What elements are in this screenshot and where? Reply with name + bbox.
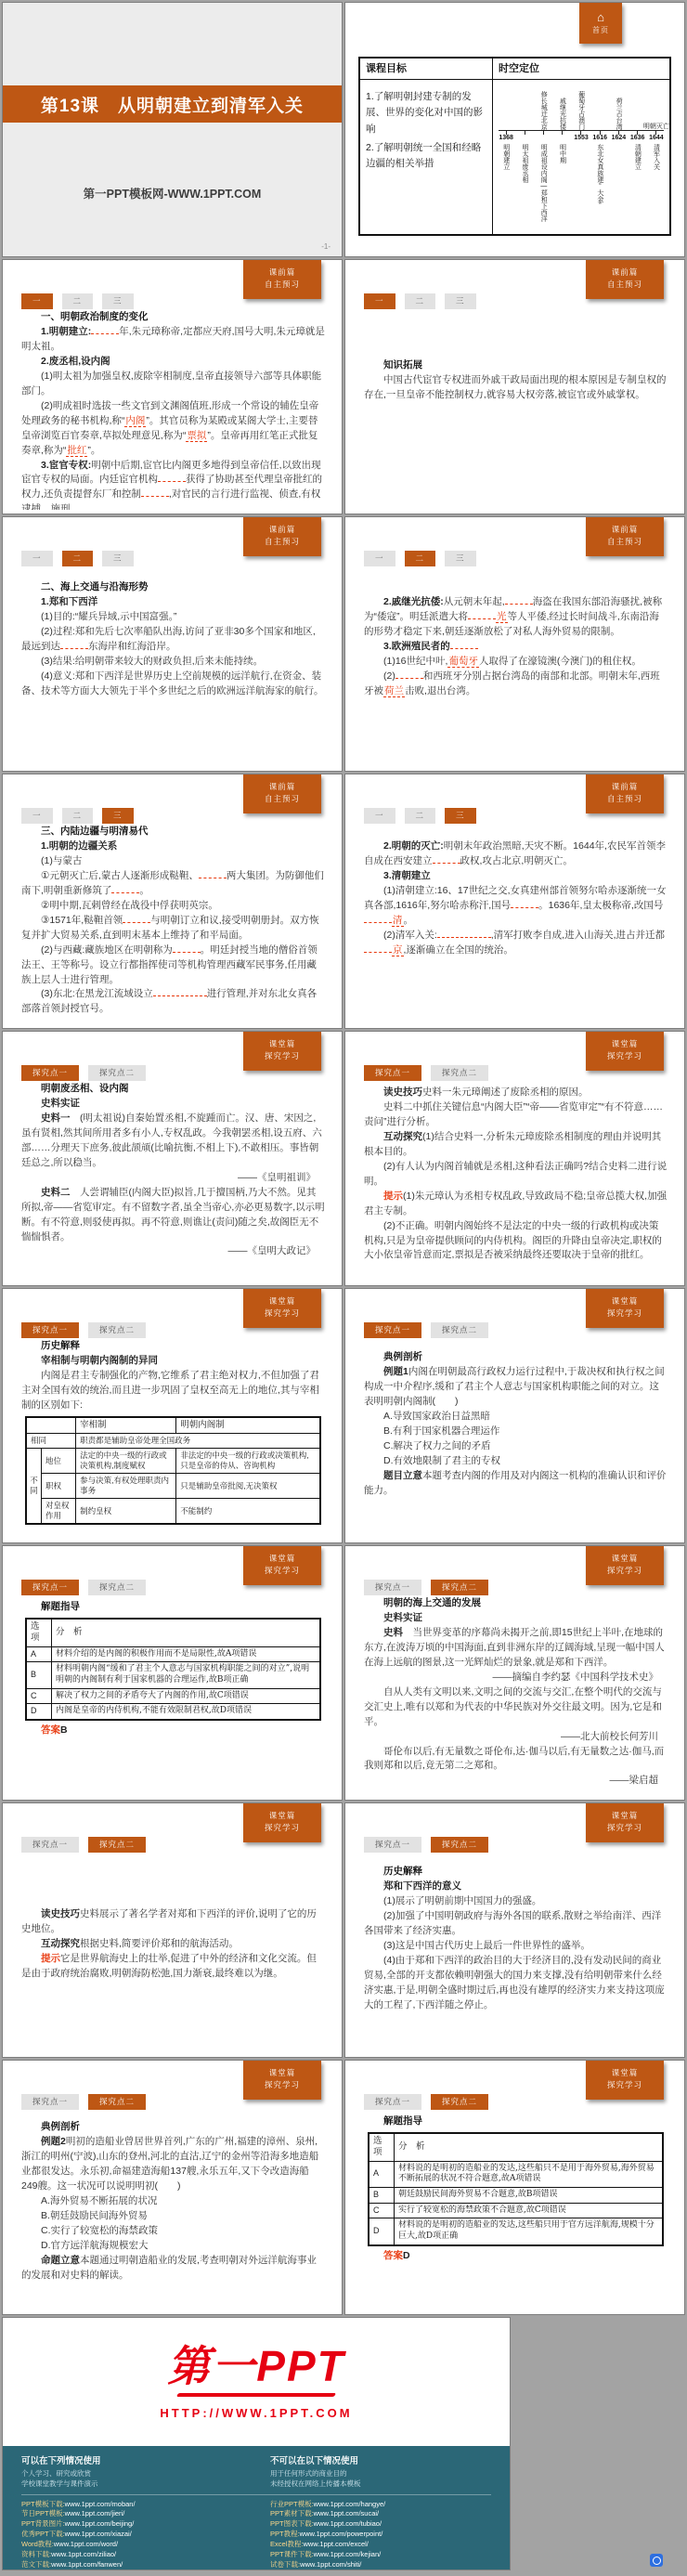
timeline-label-text: 明太祖废丞相 [522, 144, 528, 234]
text-run: (2)有人认为内阁首辅就是丞相,这种看法正确吗?结合史料二进行说明。 [364, 1161, 667, 1187]
timeline-item: 明太祖废丞相 [515, 82, 534, 234]
text-run: ③1571年,鞑靼首领 [41, 915, 123, 926]
tab-1[interactable]: 探究点一 [364, 1837, 421, 1853]
tab-2[interactable]: 二 [62, 293, 94, 309]
tab-2[interactable]: 探究点二 [88, 1065, 146, 1081]
fill-in-blank [468, 610, 496, 619]
table-cell: B [26, 1662, 52, 1688]
spacer [364, 310, 668, 358]
spacer [364, 567, 668, 595]
spacer [21, 1854, 325, 1907]
slide-content: 解题指导选项分 析A材料说的是明初的造船业的发达,这些船只不是用于海外贸易,海外… [364, 2111, 668, 2310]
site-link-label: Excel教程: [270, 2540, 303, 2548]
text-run: 政权,攻占北京,明朝灭亡。 [460, 855, 573, 866]
text-run: (1)目的:“耀兵异域,示中国富强。” [41, 611, 176, 622]
section-tab: 课前篇自主预习 [586, 774, 664, 813]
tab-bar: 探究点一探究点二 [21, 1837, 146, 1853]
tab-3[interactable]: 三 [102, 551, 134, 566]
content-paragraph: (2)过程:郑和先后七次率船队出海,访问了亚非30多个国家和地区,最远到达东海岸… [21, 625, 325, 655]
logo-swoosh [176, 2393, 336, 2397]
site-link-url: www.1ppt.com/xiazai/ [65, 2530, 132, 2538]
table-row: C解决了权力之间的矛盾夸大了内阁的作用,故C项错误 [26, 1688, 320, 1704]
section-tab-line: 课堂篇 [243, 2067, 321, 2079]
slide-8: 课前篇自主预习一二三2.明朝的灭亡:明朝末年政治黑暗,天灾不断。1644年,农民… [344, 774, 685, 1029]
section-tab-line: 自主预习 [243, 536, 321, 548]
text-run: (2)清军入关: [383, 930, 437, 941]
text-run: 哥伦布以后,有无量数之哥伦布,达·伽马以后,有无量数之达·伽马,而我则郑和以后,… [364, 1746, 664, 1772]
text-run: 2.明朝的灭亡: [383, 840, 444, 852]
content-paragraph: (2)清军入关:,清军打败李自成,进入山海关,进占并迁都京,逐渐确立在全国的统治… [364, 929, 668, 958]
license-allowed: 可以在下列情况使用 个人学习、研究或欣赏 学校课堂教学与课件演示 [21, 2453, 242, 2490]
content-paragraph: 2.明朝的灭亡:明朝末年政治黑暗,天灾不断。1644年,农民军首领李自成在西安建… [364, 839, 668, 869]
text-run: (2) [383, 670, 395, 682]
section-tab-line: 自主预习 [586, 536, 664, 548]
slide-13: 课堂篇探究学习探究点一探究点二解题指导选项分 析A材料介绍的是内阁的积极作用而不… [2, 1545, 343, 1801]
section-tab-line: 课堂篇 [243, 1553, 321, 1565]
tab-3[interactable]: 三 [102, 808, 134, 824]
text-run: 史料一朱元璋阐述了废除丞相的原因。 [422, 1086, 589, 1098]
spacer [364, 825, 668, 839]
house-icon: ⌂ [597, 11, 604, 23]
timeline-label-text: 东北女真族建“大金” [597, 144, 603, 234]
footer-logo-area: 第一PPT HTTP://WWW.1PPT.COM [3, 2318, 510, 2446]
section-tab: 课堂篇探究学习 [586, 1032, 664, 1071]
table-row: D内阁是皇帝的内侍机构,不能有效限制君权,故D项错误 [26, 1704, 320, 1720]
table-cell: 分 析 [52, 1619, 321, 1646]
content-heading: 历史解释 [364, 1865, 668, 1880]
tab-2[interactable]: 探究点二 [88, 1322, 146, 1338]
site-link[interactable]: PPT图表下载:www.1ppt.com/tubiao/ [270, 2519, 491, 2530]
data-table: 宰相制明朝内阁制相同职责都是辅助皇帝处理全国政务不同地位法定的中央一级的行政或决… [25, 1416, 321, 1526]
content-paragraph: 3.欧洲殖民者的 [364, 640, 668, 655]
table-row: 选项分 析 [26, 1619, 320, 1646]
text-run: 内阁在明朝最高行政权力运行过程中,于裁决权和执行权之间构成一中介程序,缓和了君主… [364, 1366, 665, 1407]
slide-content: 2.明朝的灭亡:明朝末年政治黑暗,天灾不断。1644年,农民军首领李自成在西安建… [364, 825, 668, 1024]
text-run: 票拟 [186, 430, 207, 442]
home-label: 首页 [592, 25, 609, 35]
first-ppt-logo: 第一PPT [167, 2345, 344, 2387]
license-row: 可以在下列情况使用 个人学习、研究或欣赏 学校课堂教学与课件演示 不可以在以下情… [21, 2453, 491, 2495]
section-tab-line: 探究学习 [243, 2079, 321, 2091]
table-row: B朝廷鼓励民间海外贸易不合题意,故B项错误 [369, 2188, 663, 2204]
section-tab-line: 探究学习 [586, 1822, 664, 1834]
text-run: 东海岸和红海沿岸。 [88, 641, 176, 652]
tab-1[interactable]: 一 [364, 551, 395, 566]
text-run: ”。 [87, 445, 100, 456]
tab-2[interactable]: 二 [405, 551, 436, 566]
section-tab-line: 探究学习 [586, 1565, 664, 1577]
site-link[interactable]: Word教程:www.1ppt.com/word/ [21, 2540, 242, 2550]
content-paragraph: D.官方远洋航海规模宏大 [21, 2239, 325, 2254]
fill-in-blank [505, 595, 533, 605]
ppt-template-preview: 第13课 从明朝建立到清军入关第一PPT模板网-WWW.1PPT.COM-1-⌂… [0, 0, 687, 2576]
table-cell: 明朝内阁制 [176, 1417, 320, 1434]
table-cell [26, 1417, 76, 1434]
text-run: (2)与西藏:藏族地区在明朝称为 [41, 944, 173, 956]
table-cell: C [26, 1688, 52, 1704]
text-run: (2)不正确。明朝内阁始终不是法定的中央一级的行政机构或决策机构,只是为皇帝提供… [364, 1220, 662, 1261]
content-paragraph: 读史技巧史料一朱元璋阐述了废除丞相的原因。 [364, 1086, 668, 1100]
text-run: 。 [404, 915, 414, 926]
timeline-label-text: 明朝建立 [502, 144, 509, 234]
home-button[interactable]: ⌂首页 [579, 3, 622, 44]
table-cell: 职权 [42, 1474, 76, 1499]
slide-content: 历史解释郑和下西洋的意义(1)展示了明朝前期中国国力的强盛。(2)加强了中国明朝… [364, 1854, 668, 2053]
site-link[interactable]: PPT背景图片:www.1ppt.com/beijing/ [21, 2519, 242, 2530]
timeline-label: 清军入关 [653, 144, 659, 234]
content-paragraph: 题目立意本题考查内阁的作用及对内阁这一机构的准确认识和评价能力。 [364, 1469, 668, 1499]
content-paragraph: (3)这是中国古代历史上最后一件世界性的盛举。 [364, 1939, 668, 1954]
site-link[interactable]: 优秀PPT下载:www.1ppt.com/xiazai/ [21, 2530, 242, 2540]
site-link-url: www.1ppt.com/fanwen/ [51, 2560, 123, 2569]
page-number: -1- [321, 242, 331, 251]
objectives-table: 课程目标1.了解明朝封建专制的发展、世界的变化对中国的影响2.了解明朝统一全国和… [358, 57, 671, 236]
text-run: 葡萄牙 [447, 656, 479, 668]
fill-in-blank [91, 325, 119, 334]
content-heading: 三、内陆边疆与明清易代 [21, 825, 325, 839]
slide-content: 读史技巧史料展示了著名学者对郑和下西洋的评价,说明了它的历史地位。互动探究根据史… [21, 1854, 325, 2053]
content-paragraph: ③1571年,鞑靼首领与明朝订立和议,接受明朝册封。双方恢复并扩大贸易关系,直到… [21, 914, 325, 943]
tab-2[interactable]: 探究点二 [431, 1580, 488, 1595]
tab-2[interactable]: 探究点二 [88, 1580, 146, 1595]
text-run: 3.欧洲殖民者的 [383, 641, 450, 652]
slide-content: 历史解释宰相制与明朝内阁制的异同内阁是君主专制强化的产物,它维系了君主绝对权力,… [21, 1339, 325, 1539]
text-run: 郑和下西洋的意义 [383, 1880, 461, 1892]
tab-bar: 一二三 [364, 293, 476, 309]
content-paragraph: 2.废丞相,设内阁 [21, 355, 325, 370]
text-run: (1)展示了明朝前期中国国力的强盛。 [383, 1895, 541, 1906]
text-run: 它是世界航海史上的壮举,促进了中外的经济和文化交流。但是由于政府统治腐败,明朝海… [21, 1953, 317, 1979]
section-tab-line: 课前篇 [243, 267, 321, 279]
site-link-url: www.1ppt.com/powerpoint/ [300, 2530, 383, 2538]
site-link-label: 行业PPT模板: [270, 2500, 314, 2508]
text-run: 从元朝末年起, [444, 596, 505, 607]
course-goal: 1.了解明朝封建专制的发展、世界的变化对中国的影响 [366, 89, 486, 137]
content-paragraph: 哥伦布以后,有无量数之哥伦布,达·伽马以后,有无量数之达·伽马,而我则郑和以后,… [364, 1745, 668, 1775]
text-run: 自从人类有文明以来,文明之间的交流与交汇,在整个明代的交流与交汇史上,唯有以郑和… [364, 1686, 662, 1727]
tab-3[interactable]: 三 [445, 551, 476, 566]
text-run: 答案 [383, 2250, 403, 2261]
tab-bar: 探究点一探究点二 [364, 1580, 488, 1595]
table-row: A材料介绍的是内阁的积极作用而不是局限性,故A项错误 [26, 1646, 320, 1662]
text-run: 互动探究 [383, 1131, 422, 1142]
slide-9: 课堂篇探究学习探究点一探究点二明朝废丞相、设内阁史料实证史料一 (明太祖说)自秦… [2, 1031, 343, 1286]
source-reference: ——《皇明大政记》 [21, 1244, 325, 1259]
text-run: 当世界变革的序幕尚未揭开之前,即15世纪上半叶,在地球的东方,在波涛万顷的中国海… [364, 1627, 665, 1668]
source-reference: ——《皇明祖训》 [21, 1171, 325, 1186]
tab-3[interactable]: 三 [445, 808, 476, 824]
section-tab: 课堂篇探究学习 [586, 1289, 664, 1328]
site-link[interactable]: 试卷下载:www.1ppt.com/shiti/ [270, 2560, 491, 2570]
slide-content: 读史技巧史料一朱元璋阐述了废除丞相的原因。史料二中抓住关键信息“内阁大臣”“帝—… [364, 1082, 668, 1281]
text-run: 史料二中抓住关键信息“内阁大臣”“帝——省览审定”“有不符意……责问”进行分析。 [364, 1101, 663, 1127]
site-link-label: Word教程: [21, 2540, 54, 2548]
site-link[interactable]: 范文下载:www.1ppt.com/fanwen/ [21, 2560, 242, 2570]
content-paragraph: 史料二中抓住关键信息“内阁大臣”“帝——省览审定”“有不符意……责问”进行分析。 [364, 1100, 668, 1130]
timeline-label: 清朝建立 [634, 144, 641, 234]
table-cell: 材料说的是明初的造船业的发达,这些船只不是用于海外贸易,海外贸易不断拓展的状况不… [395, 2161, 664, 2187]
text-run: D.有效地限制了君主的专权 [383, 1455, 500, 1466]
timeline-label-text: 明成祖设内阁—郑和下西洋 [540, 144, 547, 234]
content-paragraph: B.朝廷鼓励民间海外贸易 [21, 2209, 325, 2224]
slide-content: 典例剖析例题1内阁在明朝最高行政权力运行过程中,于裁决权和执行权之间构成一中介程… [364, 1339, 668, 1539]
site-link[interactable]: PPT教程:www.1ppt.com/powerpoint/ [270, 2530, 491, 2540]
text-run: 。1636年,皇太极称帝,改国号 [538, 900, 663, 911]
site-link-label: PPT图表下载: [270, 2519, 314, 2528]
tab-2[interactable]: 探究点二 [431, 2094, 488, 2110]
tab-3[interactable]: 三 [102, 293, 134, 309]
tab-1[interactable]: 探究点一 [21, 1065, 79, 1081]
license-forbidden-item: 用于任何形式的商业目的 [270, 2468, 491, 2478]
slide-12: 课堂篇探究学习探究点一探究点二典例剖析例题1内阁在明朝最高行政权力运行过程中,于… [344, 1288, 685, 1543]
table-cell: 制约皇权 [76, 1499, 176, 1525]
site-link-label: 范文下载: [21, 2560, 51, 2569]
timeline: 1368明朝建立明太祖废丞相修长城迁北京明成祖设内阁—郑和下西洋戚继光抗倭明中期… [493, 80, 669, 234]
badge-globe-icon [653, 2556, 661, 2565]
license-allowed-header: 可以在下列情况使用 [21, 2453, 242, 2466]
slide-content: 典例剖析例题2明初的造船业曾居世界首列,广东的广州,福建的漳州、泉州,浙江的明州… [21, 2111, 325, 2310]
tab-2[interactable]: 二 [405, 293, 436, 309]
text-run: 读史技巧 [41, 1908, 80, 1919]
slide-3: 课前篇自主预习一二三一、明朝政治制度的变化1.明朝建立:年,朱元璋称帝,定都应天… [2, 259, 343, 514]
site-link[interactable]: PPT模板下载:www.1ppt.com/moban/ [21, 2500, 242, 2510]
text-run: 京 [392, 944, 404, 956]
footer-info-area: 可以在下列情况使用 个人学习、研究或欣赏 学校课堂教学与课件演示 不可以在以下情… [3, 2446, 510, 2570]
content-paragraph: (4)意义:郑和下西洋是世界历史上空前规模的远洋航行,在资金、装备、技术等方面大… [21, 670, 325, 699]
site-link[interactable]: PPT课件下载:www.1ppt.com/kejian/ [270, 2550, 491, 2560]
content-paragraph: 答案B [21, 1724, 325, 1738]
site-link-url: www.1ppt.com/sucai/ [314, 2509, 379, 2517]
fill-in-blank [364, 914, 392, 923]
tab-2[interactable]: 探究点二 [431, 1065, 488, 1081]
site-link-url: www.1ppt.com/word/ [54, 2540, 118, 2548]
content-paragraph: (3)结果:给明朝带来较大的财政负担,后来未能持续。 [21, 655, 325, 670]
text-run: (3)东北:在黑龙江流域设立 [41, 988, 153, 999]
section-tab-line: 课堂篇 [243, 1038, 321, 1050]
spacer [21, 2111, 325, 2120]
site-link-label: 资料下载: [21, 2550, 51, 2558]
tab-bar: 探究点一探究点二 [21, 1580, 146, 1595]
license-forbidden-item: 未经授权在网络上传播本模板 [270, 2478, 491, 2489]
section-tab: 课堂篇探究学习 [586, 1546, 664, 1585]
text-run: 内阁 [124, 415, 146, 427]
section-tab-line: 探究学习 [586, 1050, 664, 1062]
text-run: 答案 [41, 1724, 60, 1736]
tab-1[interactable]: 探究点一 [21, 1322, 79, 1338]
timeline-item: 1616东北女真族建“大金” [590, 82, 609, 234]
content-paragraph: 宰相制与明朝内阁制的异同 [21, 1354, 325, 1369]
license-allowed-item: 学校课堂教学与课件演示 [21, 2478, 242, 2489]
site-link-label: PPT背景图片: [21, 2519, 65, 2528]
tab-2[interactable]: 探究点二 [88, 2094, 146, 2110]
content-paragraph: 例题1内阁在明朝最高行政权力运行过程中,于裁决权和执行权之间构成一中介程序,缓和… [364, 1365, 668, 1410]
table-cell: A [26, 1646, 52, 1662]
site-link-label: PPT课件下载: [270, 2550, 314, 2558]
section-tab-line: 探究学习 [586, 1308, 664, 1320]
text-run: 1.郑和下西洋 [41, 596, 97, 607]
text-run: 3.宦官专权: [41, 460, 91, 471]
timeline-event-label: 荷兰占台湾 [616, 98, 622, 130]
timeline-event-label: 明朝灭亡 [643, 124, 669, 130]
table-cell: 相同 [26, 1434, 76, 1449]
content-heading: 知识拓展 [364, 358, 668, 373]
site-link-label: 试卷下载: [270, 2560, 300, 2569]
site-link[interactable]: PPT素材下载:www.1ppt.com/sucai/ [270, 2509, 491, 2519]
slide-content: 三、内陆边疆与明清易代1.明朝的边疆关系(1)与蒙古①元朝灭亡后,蒙古人逐渐形成… [21, 825, 325, 1024]
tab-3[interactable]: 三 [445, 293, 476, 309]
tab-1[interactable]: 一 [364, 808, 395, 824]
site-link-url: www.1ppt.com/jieri/ [65, 2509, 125, 2517]
text-run: 根据史料,简要评价郑和的航海活动。 [80, 1938, 239, 1949]
content-paragraph: C.解决了权力之间的矛盾 [364, 1439, 668, 1454]
timeline-axis [499, 130, 664, 131]
table-cell: 宰相制 [76, 1417, 176, 1434]
text-run: 读史技巧 [383, 1086, 422, 1098]
section-tab: 课堂篇探究学习 [243, 2061, 321, 2100]
timeline-label: 明成祖设内阁—郑和下西洋 [540, 144, 547, 234]
tab-1[interactable]: 探究点一 [364, 2094, 421, 2110]
tab-1[interactable]: 探究点一 [21, 1580, 79, 1595]
tab-bar: 探究点一探究点二 [21, 1065, 146, 1081]
tab-1[interactable]: 探究点一 [21, 2094, 79, 2110]
spacer [364, 1339, 668, 1350]
text-run: (3)这是中国古代历史上最后一件世界性的盛举。 [383, 1940, 590, 1951]
table-cell: 内阁是皇帝的内侍机构,不能有效限制君权,故D项错误 [52, 1704, 321, 1720]
tab-1[interactable]: 探究点一 [364, 1580, 421, 1595]
tab-1[interactable]: 一 [21, 551, 53, 566]
site-link-label: PPT教程: [270, 2530, 300, 2538]
content-heading: 明朝的海上交通的发展 [364, 1596, 668, 1611]
section-tab-line: 探究学习 [243, 1308, 321, 1320]
slide-17: 课堂篇探究学习探究点一探究点二典例剖析例题2明初的造船业曾居世界首列,广东的广州… [2, 2060, 343, 2315]
tab-1[interactable]: 一 [21, 293, 53, 309]
table-cell: 实行了较宽松的海禁政策不合题意,故C项错误 [395, 2203, 664, 2218]
site-link[interactable]: Excel教程:www.1ppt.com/excel/ [270, 2540, 491, 2550]
content-paragraph: 史料一 (明太祖说)自秦始置丞相,不旋踵而亡。汉、唐、宋因之,虽有贤相,然其间所… [21, 1112, 325, 1171]
text-run: ,逐渐确立在全国的统治。 [404, 944, 513, 956]
text-run: 中国古代宦官专权进而外戚干政局面出现的根本原因是专制皇权的存在,一旦皇帝不能控制… [364, 374, 667, 400]
fill-in-blank [437, 929, 491, 938]
text-run: (4)由于郑和下西洋的政治目的大于经济目的,没有发动民间的商业贸易,全部的开支都… [364, 1955, 665, 2010]
tab-1[interactable]: 探究点一 [21, 1837, 79, 1853]
site-link-url: www.1ppt.com/excel/ [303, 2540, 368, 2548]
tab-2[interactable]: 二 [62, 808, 94, 824]
content-paragraph: 命题立意本题通过明朝造船业的发展,考查明朝对外远洋航海事业的发展和对史料的解读。 [21, 2254, 325, 2283]
timeline-label-text: 清军入关 [653, 144, 659, 234]
tab-2[interactable]: 探究点二 [88, 1837, 146, 1853]
content-paragraph: (2)有人认为内阁首辅就是丞相,这种看法正确吗?结合史料二进行说明。 [364, 1160, 668, 1190]
tab-bar: 一二三 [21, 293, 134, 309]
text-run: C.实行了较宽松的海禁政策 [41, 2225, 158, 2236]
tab-2[interactable]: 探究点二 [431, 1837, 488, 1853]
site-link-label: PPT模板下载: [21, 2500, 65, 2508]
content-paragraph: 中国古代宦官专权进而外戚干政局面出现的根本原因是专制皇权的存在,一旦皇帝不能控制… [364, 373, 668, 403]
site-link[interactable]: 行业PPT模板:www.1ppt.com/hangye/ [270, 2500, 491, 2510]
site-badge-icon [650, 2554, 663, 2567]
tab-bar: 一二三 [21, 551, 134, 566]
content-paragraph: 提示(1)朱元璋认为丞相专权乱政,导致政局不稳;皇帝总揽大权,加强君主专制。 [364, 1190, 668, 1219]
site-link[interactable]: 资料下载:www.1ppt.com/ziliao/ [21, 2550, 242, 2560]
tab-bar: 探究点一探究点二 [364, 1065, 488, 1081]
license-forbidden: 不可以在以下情况使用 用于任何形式的商业目的 未经授权在网络上传播本模板 [270, 2453, 491, 2490]
section-tab: 课堂篇探究学习 [586, 2061, 664, 2100]
course-goals-column: 课程目标1.了解明朝封建专制的发展、世界的变化对中国的影响2.了解明朝统一全国和… [360, 59, 493, 234]
tab-1[interactable]: 一 [364, 293, 395, 309]
section-tab-line: 课堂篇 [586, 2067, 664, 2079]
timeline-label-text: 清朝建立 [634, 144, 641, 234]
tab-1[interactable]: 探究点一 [364, 1065, 421, 1081]
section-tab-line: 课堂篇 [586, 1553, 664, 1565]
text-run: (1)与蒙古 [41, 855, 82, 866]
table-row: 相同职责都是辅助皇帝处理全国政务 [26, 1434, 320, 1449]
timeline-item: 葡萄牙占澳门1553 [572, 82, 590, 234]
text-run: 人取得了在濠镜澳(今澳门)的租住权。 [479, 656, 642, 667]
content-paragraph: (2)明成祖时选拔一些文官到文渊阁值班,形成一个常设的辅佐皇帝处理政务的秘书机构… [21, 399, 325, 459]
text-run: 。 [139, 885, 149, 896]
text-run: 3.清朝建立 [383, 870, 431, 881]
tab-1[interactable]: 探究点一 [364, 1322, 421, 1338]
data-table: 选项分 析A材料介绍的是内阁的积极作用而不是局限性,故A项错误B材料明朝内阁“缓… [25, 1618, 321, 1721]
text-run: 史料实证 [383, 1612, 422, 1623]
slide-content: 一、明朝政治制度的变化1.明朝建立:年,朱元璋称帝,定都应天府,国号大明,朱元璋… [21, 310, 325, 510]
fill-in-blank [158, 473, 186, 482]
slide-10: 课堂篇探究学习探究点一探究点二读史技巧史料一朱元璋阐述了废除丞相的原因。史料二中… [344, 1031, 685, 1286]
content-paragraph: ①元朝灭亡后,蒙古人逐渐形成鞑靼、两大集团。为防御他们南下,明朝重新修筑了。 [21, 869, 325, 899]
text-run: 内阁是君主专制强化的产物,它维系了君主绝对权力,不但加强了君主对全国有效的统治,… [21, 1370, 319, 1411]
tab-1[interactable]: 一 [21, 808, 53, 824]
content-paragraph: 1.明朝的边疆关系 [21, 839, 325, 854]
slide-content: 二、海上交通与沿海形势1.郑和下西洋(1)目的:“耀兵异域,示中国富强。”(2)… [21, 567, 325, 767]
text-run: ,清军打败李自成,进入山海关,进占并迁都 [491, 930, 665, 941]
content-paragraph: 答案D [364, 2249, 668, 2264]
content-heading: 解题指导 [364, 2114, 668, 2129]
tab-2[interactable]: 二 [62, 551, 94, 566]
section-tab-line: 课前篇 [586, 781, 664, 793]
site-link-label: 优秀PPT下载: [21, 2530, 65, 2538]
site-name: 第一PPT模板网-WWW.1PPT.COM [3, 185, 342, 202]
table-cell: 职责都是辅助皇帝处理全国政务 [76, 1434, 320, 1449]
text-run: 史料实证 [41, 1098, 80, 1109]
content-paragraph: (3)东北:在黑龙江流域设立进行管理,并对东北女真各部落首领封授官号。 [21, 987, 325, 1017]
section-tab-line: 课堂篇 [586, 1038, 664, 1050]
content-paragraph: (1)目的:“耀兵异域,示中国富强。” [21, 610, 325, 625]
tab-bar: 一二三 [21, 808, 134, 824]
table-row: B材料明朝内阁“缓和了君主个人意志与国家机构职能之间的对立”,说明明朝的内阁制有… [26, 1662, 320, 1688]
slide-7: 课前篇自主预习一二三三、内陆边疆与明清易代1.明朝的边疆关系(1)与蒙古①元朝灭… [2, 774, 343, 1029]
spacer [21, 567, 325, 580]
text-run: 光 [496, 611, 508, 623]
text-run: 提示 [41, 1953, 60, 1964]
timeline-year: 1636 [630, 135, 645, 144]
timeline-item: 荷兰占台湾1624 [609, 82, 628, 234]
section-tab: 课堂篇探究学习 [243, 1289, 321, 1328]
content-paragraph: 读史技巧史料展示了著名学者对郑和下西洋的评价,说明了它的历史地位。 [21, 1907, 325, 1937]
table-cell: 非法定的中央一级的行政或决策机构,只是皇帝的侍从、咨询机构 [176, 1449, 320, 1474]
section-tab-line: 自主预习 [243, 279, 321, 291]
text-run: 互动探究 [41, 1938, 80, 1949]
tab-2[interactable]: 探究点二 [431, 1322, 488, 1338]
site-link[interactable]: 节日PPT模板:www.1ppt.com/jieri/ [21, 2509, 242, 2519]
fill-in-blank [511, 899, 538, 908]
section-tab-line: 课堂篇 [243, 1295, 321, 1308]
content-paragraph: 内阁是君主专制强化的产物,它维系了君主绝对权力,不但加强了君主对全国有效的统治,… [21, 1369, 325, 1413]
text-run: 1.明朝的边疆关系 [41, 840, 117, 852]
section-tab-line: 自主预习 [586, 793, 664, 805]
site-url-link[interactable]: HTTP://WWW.1PPT.COM [160, 2406, 352, 2420]
content-paragraph: 史料实证 [364, 1611, 668, 1626]
section-tab: 课堂篇探究学习 [243, 1803, 321, 1842]
tab-2[interactable]: 二 [405, 808, 436, 824]
